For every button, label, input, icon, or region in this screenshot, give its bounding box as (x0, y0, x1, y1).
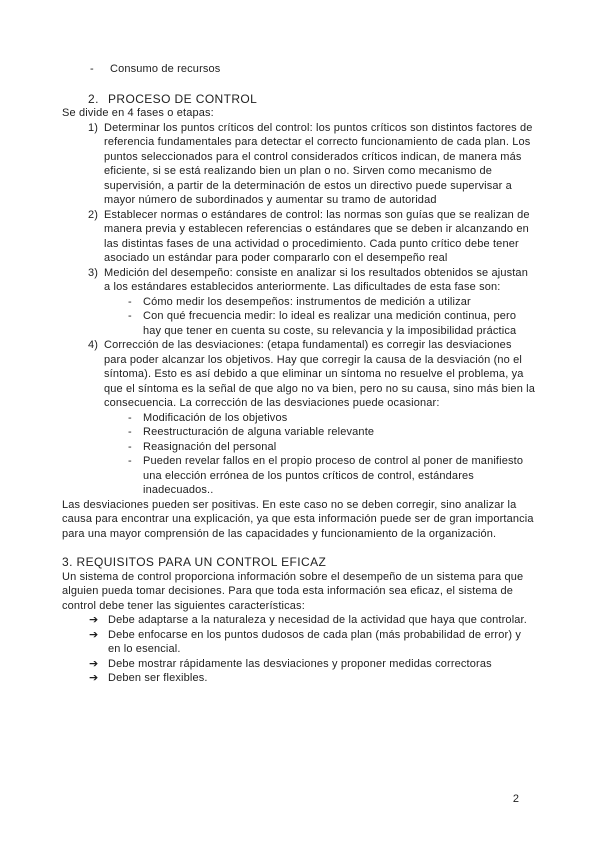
requirement-text: Debe enfocarse en los puntos dudosos de … (108, 629, 521, 656)
requirement-text: Debe mostrar rápidamente las desviacione… (108, 658, 492, 670)
arrow-bullet-icon: ➔ (89, 613, 98, 628)
paragraph-intro-requisitos: Un sistema de control proporciona inform… (62, 570, 536, 614)
numbered-item-2: 2)Establecer normas o estándares de cont… (62, 208, 536, 266)
dash-bullet: - (128, 454, 132, 469)
requirement-text: Deben ser flexibles. (108, 672, 208, 684)
numbered-item-1: 1)Determinar los puntos críticos del con… (62, 121, 536, 208)
number-marker: 2) (88, 208, 98, 223)
dash-bullet: - (128, 411, 132, 426)
arrow-bullet-icon: ➔ (89, 671, 98, 686)
requirement-item: ➔Debe adaptarse a la naturaleza y necesi… (62, 613, 536, 628)
bullet-text: Consumo de recursos (110, 63, 220, 75)
number-marker: 4) (88, 338, 98, 353)
dash-bullet: - (128, 309, 132, 324)
sub-bullet-text: Con qué frecuencia medir: lo ideal es re… (143, 310, 516, 337)
paragraph-intro-fases: Se divide en 4 fases o etapas: (62, 106, 536, 121)
sub-bullet-text: Pueden revelar fallos en el propio proce… (143, 455, 523, 496)
sub-bullet-text: Reasignación del personal (143, 441, 276, 453)
sub-bullet-item: -Modificación de los objetivos (62, 411, 536, 426)
sub-bullet-text: Cómo medir los desempeños: instrumentos … (143, 296, 471, 308)
requirement-item: ➔Debe mostrar rápidamente las desviacion… (62, 657, 536, 672)
number-marker: 3) (88, 266, 98, 281)
numbered-item-3: 3)Medición del desempeño: consiste en an… (62, 266, 536, 295)
sub-bullet-item: -Cómo medir los desempeños: instrumentos… (62, 295, 536, 310)
dash-bullet: - (128, 440, 132, 455)
sub-bullet-item: -Pueden revelar fallos en el propio proc… (62, 454, 536, 498)
heading-number: 2. (88, 92, 108, 107)
paragraph-desviaciones-positivas: Las desviaciones pueden ser positivas. E… (62, 498, 536, 542)
numbered-item-text: Determinar los puntos críticos del contr… (104, 122, 532, 207)
dash-bullet: - (128, 295, 132, 310)
sub-bullet-item: -Reasignación del personal (62, 440, 536, 455)
list-item-consumo: -Consumo de recursos (62, 62, 536, 77)
requirement-item: ➔Debe enfocarse en los puntos dudosos de… (62, 628, 536, 657)
numbered-item-text: Corrección de las desviaciones: (etapa f… (104, 339, 535, 409)
sub-bullet-text: Modificación de los objetivos (143, 412, 287, 424)
arrow-bullet-icon: ➔ (89, 628, 98, 643)
requirement-text: Debe adaptarse a la naturaleza y necesid… (108, 614, 527, 626)
sub-bullet-item: -Con qué frecuencia medir: lo ideal es r… (62, 309, 536, 338)
page-number: 2 (505, 792, 527, 807)
numbered-item-4: 4)Corrección de las desviaciones: (etapa… (62, 338, 536, 411)
section-heading-requisitos: 3. REQUISITOS PARA UN CONTROL EFICAZ (62, 555, 536, 570)
requirement-item: ➔Deben ser flexibles. (62, 671, 536, 686)
numbered-item-text: Medición del desempeño: consiste en anal… (104, 267, 528, 294)
section-heading-proceso-de-control: 2.PROCESO DE CONTROL (62, 92, 536, 107)
numbered-item-text: Establecer normas o estándares de contro… (104, 209, 530, 265)
sub-bullet-item: -Reestructuración de alguna variable rel… (62, 425, 536, 440)
dash-bullet: - (128, 425, 132, 440)
dash-bullet: - (90, 62, 94, 77)
document-page: -Consumo de recursos 2.PROCESO DE CONTRO… (0, 0, 600, 848)
arrow-bullet-icon: ➔ (89, 657, 98, 672)
heading-title: PROCESO DE CONTROL (108, 92, 257, 106)
number-marker: 1) (88, 121, 98, 136)
document-content: -Consumo de recursos 2.PROCESO DE CONTRO… (62, 62, 536, 686)
sub-bullet-text: Reestructuración de alguna variable rele… (143, 426, 374, 438)
